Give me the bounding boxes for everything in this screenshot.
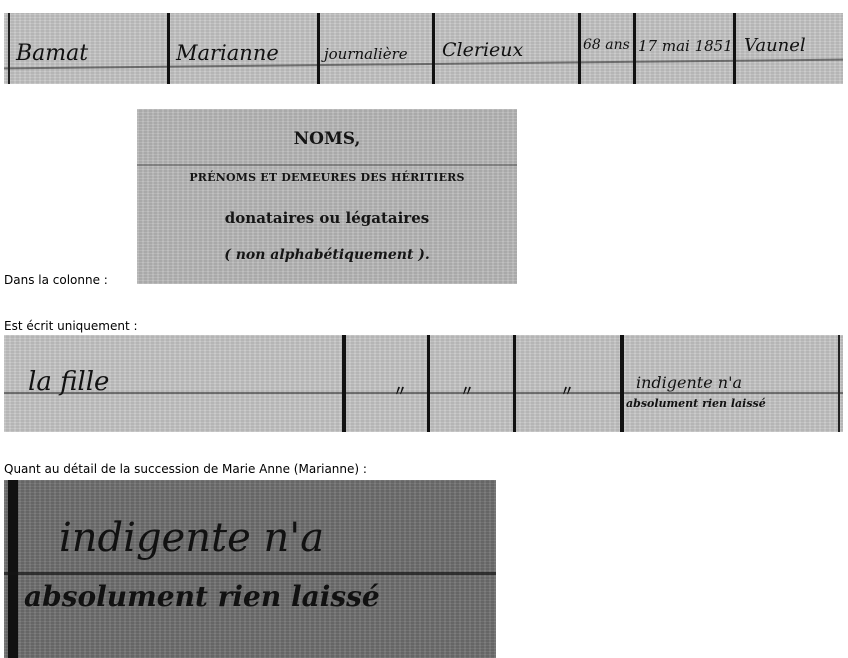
- ruled-line: [4, 392, 843, 394]
- header-line-alphabetique: ( non alphabétiquement ).: [137, 247, 517, 263]
- ruled-line: [4, 59, 843, 70]
- column-divider: [513, 335, 516, 432]
- column-divider: [620, 335, 624, 432]
- caption-succession-detail: Quant au détail de la succession de Mari…: [4, 462, 367, 476]
- detail-note-line1: indigente n'a: [59, 515, 324, 561]
- caption-written-only: Est écrit uniquement :: [4, 319, 138, 333]
- heir-name: la fille: [28, 367, 109, 397]
- register-row-scan: Bamat Marianne journalière Clerieux 68 a…: [4, 13, 843, 84]
- header-line-prenoms: PRÉNOMS ET DEMEURES DES HÉRITIERS: [137, 171, 517, 184]
- residence: Clerieux: [442, 39, 523, 61]
- detail-note-line2: absolument rien laissé: [24, 580, 380, 613]
- caption-column-intro: Dans la colonne :: [4, 273, 108, 287]
- column-divider: [317, 13, 320, 84]
- column-divider: [8, 13, 10, 84]
- ditto-mark: 〃: [560, 381, 574, 401]
- header-line-donataires: donataires ou légataires: [137, 209, 517, 227]
- column-divider: [838, 335, 840, 432]
- ditto-mark: 〃: [393, 381, 407, 401]
- column-divider: [432, 13, 435, 84]
- column-divider: [733, 13, 736, 84]
- ruled-line: [4, 572, 496, 575]
- column-divider: [578, 13, 581, 84]
- succession-detail-scan: indigente n'a absolument rien laissé: [4, 480, 496, 658]
- column-divider: [427, 335, 430, 432]
- header-line-noms: NOMS,: [137, 129, 517, 149]
- heirs-row-scan: la fille 〃 〃 〃 indigente n'a absolument …: [4, 335, 843, 432]
- column-divider: [167, 13, 170, 84]
- heir-note-line1: indigente n'a: [636, 373, 742, 392]
- column-divider: [8, 480, 18, 658]
- death-date: 17 mai 1851: [638, 37, 733, 55]
- surname: Bamat: [16, 41, 88, 66]
- column-divider: [633, 13, 636, 84]
- age: 68 ans: [583, 37, 630, 53]
- place: Vaunel: [744, 35, 806, 56]
- profession: journalière: [324, 45, 408, 63]
- first-name: Marianne: [176, 41, 279, 65]
- column-divider: [342, 335, 346, 432]
- ditto-mark: 〃: [460, 381, 474, 401]
- ruled-line: [137, 164, 517, 166]
- column-header-scan: NOMS, PRÉNOMS ET DEMEURES DES HÉRITIERS …: [137, 109, 517, 284]
- heir-note-line2: absolument rien laissé: [626, 397, 766, 410]
